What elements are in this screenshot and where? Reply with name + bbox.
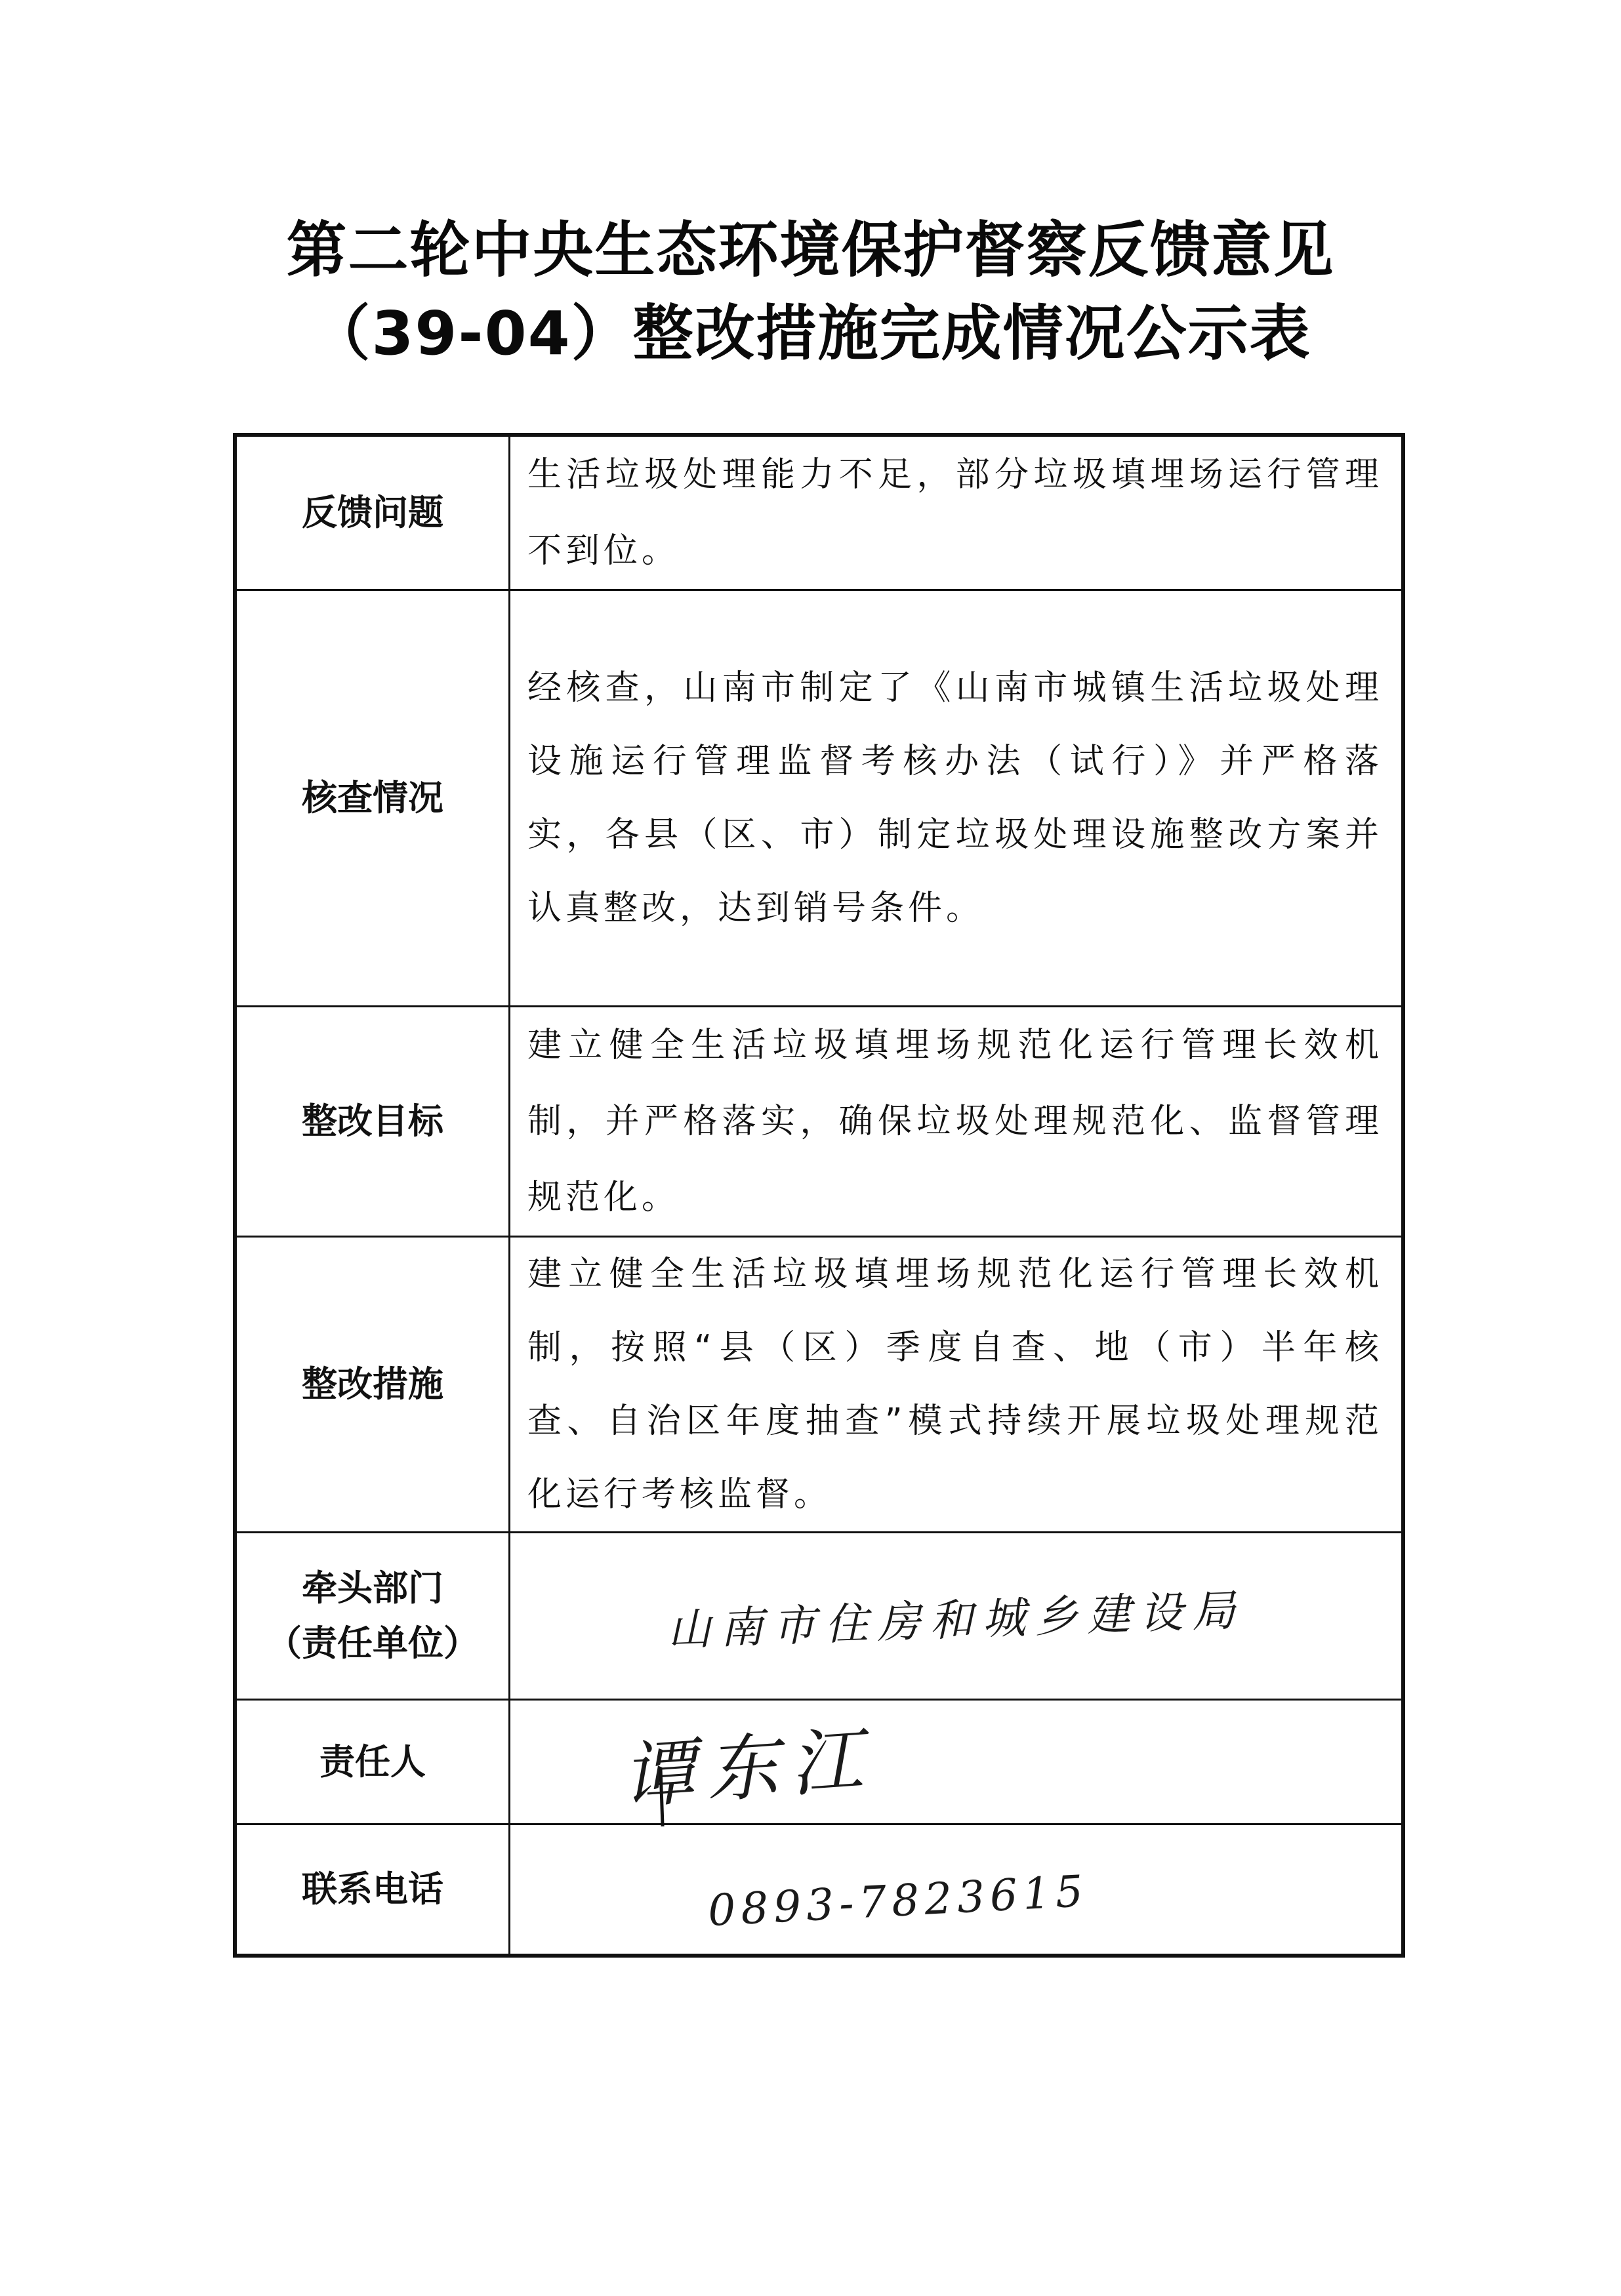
rectification-form-table: 反馈问题 生活垃圾处理能力不足，部分垃圾填埋场运行管理不到位。 核查情况 经核查…: [233, 433, 1405, 1958]
label-lead-department-line-1: 牵头部门: [237, 1561, 508, 1616]
value-lead-department: 山南市住房和城乡建设局: [510, 1533, 1404, 1700]
label-feedback-issue: 反馈问题: [235, 435, 510, 590]
table-row-contact-phone: 联系电话 0893-7823615: [235, 1824, 1403, 1956]
handwritten-phone-number: 0893-7823615: [707, 1866, 1089, 1936]
handwritten-department: 山南市住房和城乡建设局: [510, 1569, 1402, 1662]
value-contact-phone: 0893-7823615: [510, 1824, 1404, 1956]
table-row-feedback-issue: 反馈问题 生活垃圾处理能力不足，部分垃圾填埋场运行管理不到位。: [235, 435, 1403, 590]
label-rectification-goal: 整改目标: [235, 1007, 510, 1237]
table-row-responsible-person: 责任人 谭东江: [235, 1700, 1403, 1824]
label-verification: 核查情况: [235, 590, 510, 1007]
value-verification: 经核查，山南市制定了《山南市城镇生活垃圾处理设施运行管理监督考核办法（试行）》并…: [510, 590, 1404, 1007]
handwritten-signature: 谭东江: [619, 1701, 877, 1822]
table-row-lead-department: 牵头部门 （责任单位） 山南市住房和城乡建设局: [235, 1533, 1403, 1700]
value-rectification-goal: 建立健全生活垃圾填埋场规范化运行管理长效机制，并严格落实，确保垃圾处理规范化、监…: [510, 1007, 1404, 1237]
value-feedback-issue: 生活垃圾处理能力不足，部分垃圾填埋场运行管理不到位。: [510, 435, 1404, 590]
value-responsible-person: 谭东江: [510, 1700, 1404, 1824]
value-rectification-measures: 建立健全生活垃圾填埋场规范化运行管理长效机制，按照“县（区）季度自查、地（市）半…: [510, 1237, 1404, 1533]
table-row-verification: 核查情况 经核查，山南市制定了《山南市城镇生活垃圾处理设施运行管理监督考核办法（…: [235, 590, 1403, 1007]
label-lead-department: 牵头部门 （责任单位）: [235, 1533, 510, 1700]
table-row-rectification-goal: 整改目标 建立健全生活垃圾填埋场规范化运行管理长效机制，并严格落实，确保垃圾处理…: [235, 1007, 1403, 1237]
label-lead-department-line-2: （责任单位）: [237, 1616, 508, 1671]
label-contact-phone: 联系电话: [235, 1824, 510, 1956]
table-row-rectification-measures: 整改措施 建立健全生活垃圾填埋场规范化运行管理长效机制，按照“县（区）季度自查、…: [235, 1237, 1403, 1533]
label-rectification-measures: 整改措施: [235, 1237, 510, 1533]
document-title-line-2: （39-04）整改措施完成情况公示表: [0, 285, 1621, 372]
label-responsible-person: 责任人: [235, 1700, 510, 1824]
document-title-line-1: 第二轮中央生态环境保护督察反馈意见: [0, 202, 1621, 289]
